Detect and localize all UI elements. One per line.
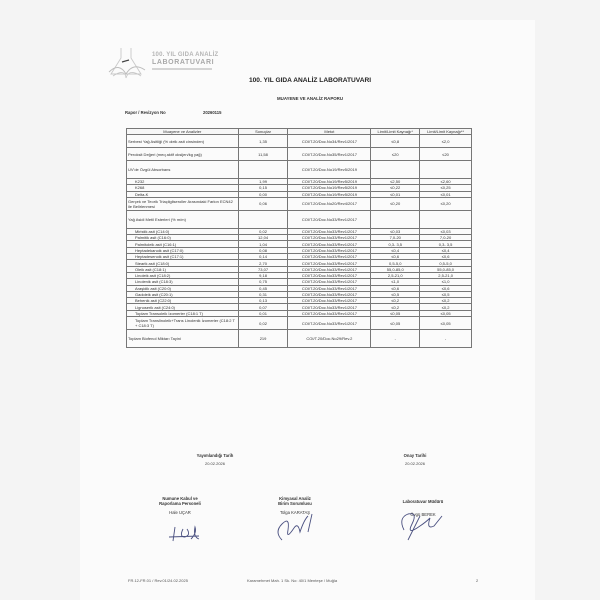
analysis-name-cell: Gerçek ve Teorik Triaçilgliseroller Aras…	[127, 197, 239, 210]
analysis-name-cell: Yağ Asidi Metil Esterleri (% m/m)	[127, 210, 239, 228]
signature-block-reporting: Numune Kabul ve Raporlama Personeli Hale…	[140, 496, 220, 515]
method-cell: COI/T.20/Doc.No29/Rev.2	[288, 330, 371, 348]
published-date-label: Yayımlandığı Tarih	[170, 453, 260, 458]
lab-logo: 100. YIL GIDA ANALİZ LABORATUVARI	[105, 46, 215, 80]
page-title: 100. YIL GIDA ANALİZ LABORATUVARI	[10, 77, 600, 84]
signature-scribble-icon	[268, 512, 320, 544]
approval-date-block: Onay Tarihi 20.02.2026	[370, 453, 460, 466]
limit1-cell	[371, 161, 420, 179]
signature-title-line2: Raporlama Personeli	[140, 501, 220, 506]
approval-date-value: 20.02.2026	[370, 461, 460, 466]
result-cell: 219	[238, 330, 288, 348]
result-cell: 1,35	[238, 135, 288, 148]
limit2-cell: ≤0,20	[420, 197, 472, 210]
result-cell: 11,58	[238, 148, 288, 161]
limit2-cell: ≤20	[420, 148, 472, 161]
footer-page-number: 2	[476, 578, 478, 583]
result-cell	[238, 210, 288, 228]
analysis-name-cell: Serbest Yağ Asitliği (% oleik asit cinsi…	[127, 135, 239, 148]
limit2-cell: ≤0,05	[420, 317, 472, 330]
signature-name: Hale UÇAR	[140, 510, 220, 515]
limit2-cell: ≤2,0	[420, 135, 472, 148]
analysis-name-cell: UV'de Özgül Absorbans	[127, 161, 239, 179]
limit1-cell	[371, 210, 420, 228]
analysis-name-cell: Peroksit Değeri (meq aktif oksijen/kg ya…	[127, 148, 239, 161]
logo-text-line2: LABORATUVARI	[152, 59, 214, 66]
method-cell: COI/T.20/Doc.No20/Rev4/2017	[288, 197, 371, 210]
result-cell: 0,02	[238, 317, 288, 330]
method-cell: COI/T.20/Doc.No33/Rev1/2017	[288, 317, 371, 330]
analysis-name-cell: Toplam Biofenol Miktarı Tayini	[127, 330, 239, 348]
published-date-value: 20.02.2026	[170, 461, 260, 466]
table-row: Gerçek ve Teorik Triaçilgliseroller Aras…	[127, 197, 472, 210]
limit2-cell	[420, 210, 472, 228]
result-cell: 0,06	[238, 197, 288, 210]
approval-date-label: Onay Tarihi	[370, 453, 460, 458]
analysis-name-cell: Toplam Translinoleik+Trans Linolenik İzo…	[127, 317, 239, 330]
method-cell: COI/T.20/Doc.No19/Rev5/2019	[288, 161, 371, 179]
report-no-label: Rapor / Revizyon No	[125, 110, 166, 115]
published-date-block: Yayımlandığı Tarih 20.02.2026	[170, 453, 260, 466]
logo-tagline	[152, 68, 212, 70]
limit1-cell: ≤0,8	[371, 135, 420, 148]
limit2-cell: -	[420, 330, 472, 348]
signature-title-line2: Birim Sorumlusu	[255, 501, 335, 506]
footer-address: Karamehmet Mah. 1 Sk. No: 40/1 Menteşe /…	[247, 578, 337, 583]
limit1-cell: ≤20	[371, 148, 420, 161]
footer-form-code: FR.12-FR.01 / Rev.01/24.02.2025	[128, 578, 188, 583]
logo-text-line1: 100. YIL GIDA ANALİZ	[152, 52, 218, 58]
table-row: Toplam Translinoleik+Trans Linolenik İzo…	[127, 317, 472, 330]
table-row: Yağ Asidi Metil Esterleri (% m/m)COI/T.2…	[127, 210, 472, 228]
signature-scribble-icon	[396, 510, 446, 542]
report-subtitle: MUAYENE VE ANALİZ RAPORU	[10, 96, 600, 101]
analysis-results-table: Muayene ve Analizler Sonuçlar Metot Limi…	[126, 128, 472, 348]
limit1-cell: -	[371, 330, 420, 348]
limit2-cell	[420, 161, 472, 179]
column-header-limit1: Limit/Limit Kaynağı*	[371, 129, 420, 135]
method-cell: COI/T.20/Doc.No35/Rev1/2017	[288, 148, 371, 161]
signature-title-line1: Laboratuvar Müdürü	[383, 499, 463, 504]
table-row: Peroksit Değeri (meq aktif oksijen/kg ya…	[127, 148, 472, 161]
signature-scribble-icon	[165, 523, 205, 545]
limit1-cell: ≤0,05	[371, 317, 420, 330]
flask-leaf-icon	[105, 46, 151, 80]
column-header-limit2: Limit/Limit Kaynağı**	[420, 129, 472, 135]
method-cell: COI/T.20/Doc.No34/Rev1/2017	[288, 135, 371, 148]
table-row: Serbest Yağ Asitliği (% oleik asit cinsi…	[127, 135, 472, 148]
limit1-cell: ≤0,20	[371, 197, 420, 210]
report-no-value: 20260115	[203, 110, 221, 115]
table-row: Toplam Biofenol Miktarı Tayini219COI/T.2…	[127, 330, 472, 348]
result-cell	[238, 161, 288, 179]
method-cell: COI/T.20/Doc.No33/Rev1/2017	[288, 210, 371, 228]
table-row: UV'de Özgül AbsorbansCOI/T.20/Doc.No19/R…	[127, 161, 472, 179]
